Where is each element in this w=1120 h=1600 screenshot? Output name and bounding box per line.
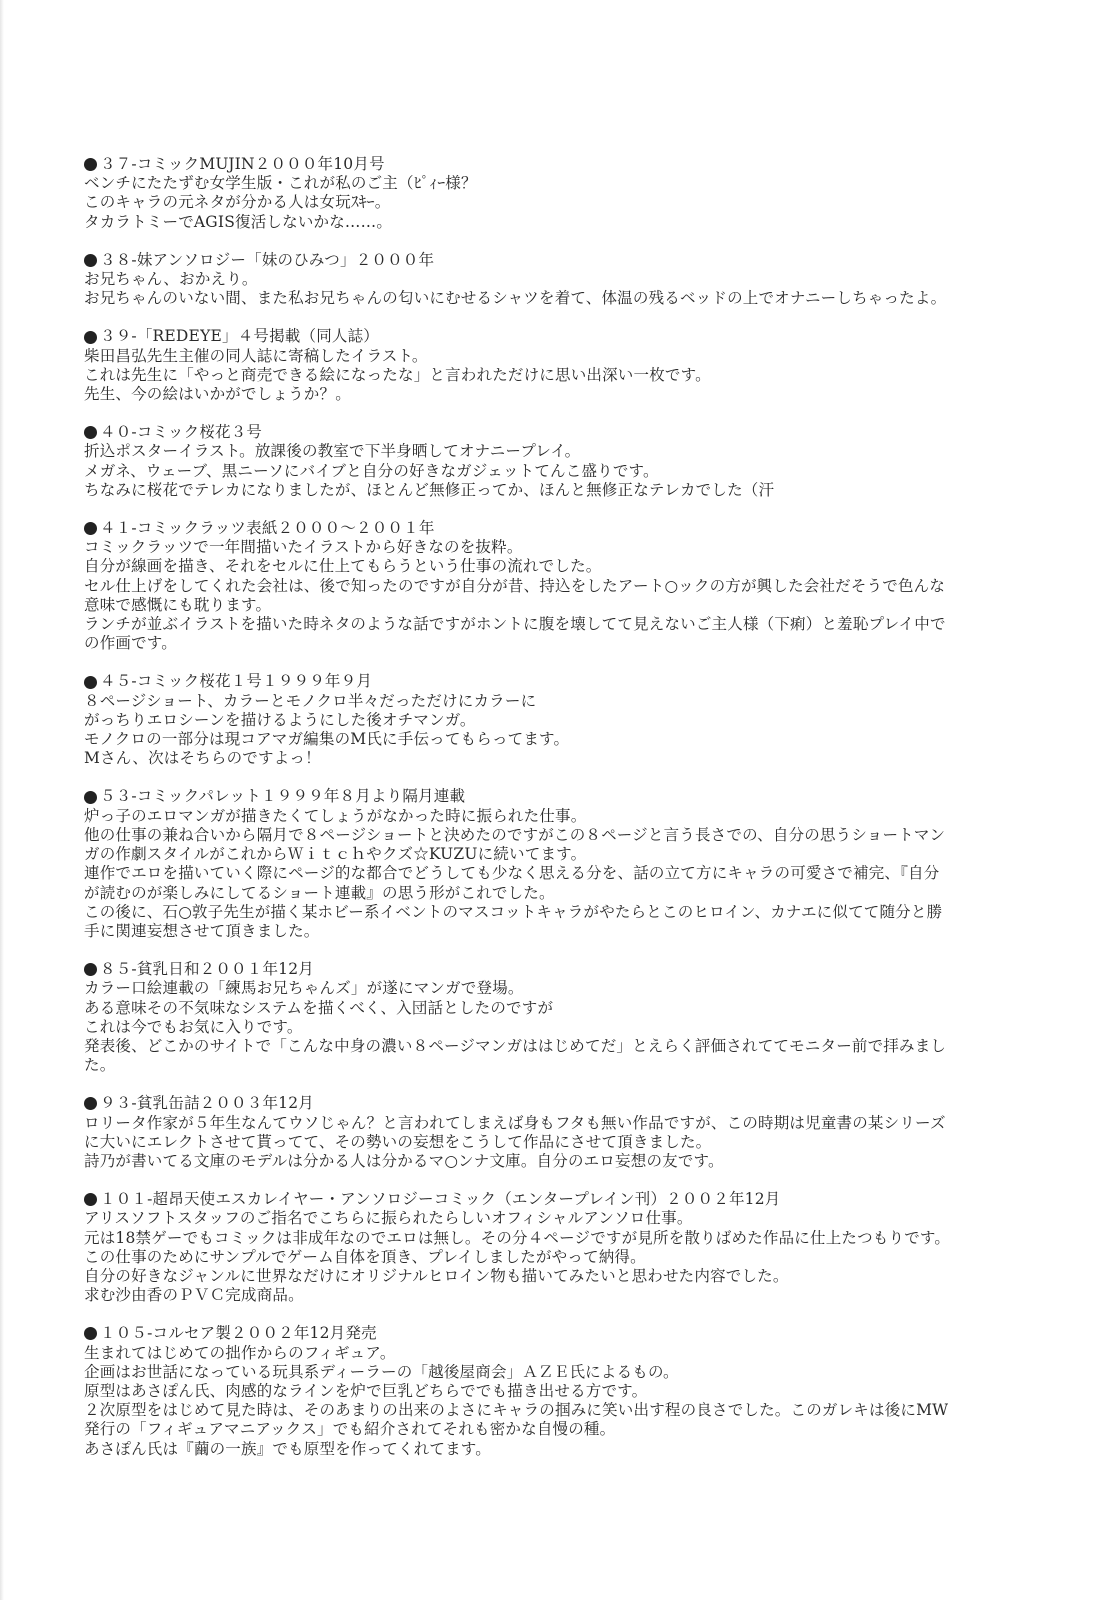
entry-title: ３８-妹アンソロジー「妹のひみつ」２０００年 [84, 251, 1024, 270]
entry-title: ９３-貧乳缶詰２００３年12月 [84, 1094, 1024, 1113]
entry-line: メガネ、ウェーブ、黒ニーソにバイブと自分の好きなガジェットてんこ盛りです。 [84, 462, 1024, 481]
entry-title-text: ４５-コミック桜花１号１９９９年９月 [100, 672, 372, 691]
entry-line: 元は18禁ゲーでもコミックは非成年なのでエロは無し。その分４ページですが見所を散… [84, 1229, 1024, 1248]
entry-line: セル仕上げをしてくれた会社は、後で知ったのですが自分が昔、持込をしたアート○ック… [84, 577, 1024, 596]
entry-line: 柴田昌弘先生主催の同人誌に寄稿したイラスト。 [84, 347, 1024, 366]
bullet-icon [84, 254, 97, 267]
entry-line: ベンチにたたずむ女学生版・これが私のご主（ﾋﾟｨｰ様？ [84, 174, 1024, 193]
entry-line: アリスソフトスタッフのご指名でこちらに振られたらしいオフィシャルアンソロ仕事。 [84, 1209, 1024, 1228]
bullet-icon [84, 676, 97, 689]
entry-title-text: ３９-「REDEYE」４号掲載（同人誌） [100, 327, 379, 346]
entry-53: ５３-コミックパレット１９９９年８月より隔月連載 炉っ子のエロマンガが描きたくて… [84, 787, 1024, 941]
entry-line: モノクロの一部分は現コアマガ編集のM氏に手伝ってもらってます。 [84, 730, 1024, 749]
commentary-page: ３７-コミックMUJIN２０００年10月号 ベンチにたたずむ女学生版・これが私の… [84, 155, 1024, 1478]
entry-105: １０５-コルセア製２００２年12月発売 生まれてはじめての拙作からのフィギュア。… [84, 1324, 1024, 1458]
entry-line: 折込ポスターイラスト。放課後の教室で下半身晒してオナニープレイ。 [84, 442, 1024, 461]
entry-title-text: １０５-コルセア製２００２年12月発売 [100, 1324, 377, 1343]
entry-title-text: ３７-コミックMUJIN２０００年10月号 [100, 155, 385, 174]
entry-line: ２次原型をはじめて見た時は、そのあまりの出来のよさにキャラの掴みに笑い出す程の良… [84, 1401, 1024, 1420]
entry-line: この仕事のためにサンプルでゲーム自体を頂き、プレイしましたがやって納得。 [84, 1248, 1024, 1267]
entry-41: ４１-コミックラッツ表紙２０００～２００１年 コミックラッツで一年間描いたイラス… [84, 519, 1024, 653]
entry-line: 先生、今の絵はいかがでしょうか？。 [84, 385, 1024, 404]
entry-line: 自分の好きなジャンルに世界なだけにオリジナルヒロイン物も描いてみたいと思わせた内… [84, 1267, 1024, 1286]
bullet-icon [84, 426, 97, 439]
entry-line: Mさん、次はそちらのですよっ！ [84, 749, 1024, 768]
entry-line: 原型はあさぽん氏、肉感的なラインを炉で巨乳どちらででも描き出せる方です。 [84, 1382, 1024, 1401]
entry-title-text: ９３-貧乳缶詰２００３年12月 [100, 1094, 314, 1113]
entry-line: 連作でエロを描いていく際にページ的な都合でどうしても少なく思える分を、話の立て方… [84, 864, 1024, 883]
entry-line: が読むのが楽しみにしてるショート連載』の思う形がこれでした。 [84, 884, 1024, 903]
entry-line: 自分が線画を描き、それをセルに仕上てもらうという仕事の流れでした。 [84, 557, 1024, 576]
entry-title: １０１-超昂天使エスカレイヤー・アンソロジーコミック（エンタープレイン刊）２００… [84, 1190, 1024, 1209]
page-edge-shadow [0, 0, 4, 1600]
entry-line: 炉っ子のエロマンガが描きたくてしょうがなかった時に振られた仕事。 [84, 807, 1024, 826]
entry-line: この後に、石○敦子先生が描く某ホビー系イベントのマスコットキャラがやたらとこのヒ… [84, 903, 1024, 922]
bullet-icon [84, 158, 97, 171]
entry-line: 詩乃が書いてる文庫のモデルは分かる人は分かるマ○ンナ文庫。自分のエロ妄想の友です… [84, 1152, 1024, 1171]
entry-line: た。 [84, 1056, 1024, 1075]
entry-line: タカラトミーでAGIS復活しないかな……。 [84, 213, 1024, 232]
bullet-icon [84, 1097, 97, 1110]
entry-title: ３７-コミックMUJIN２０００年10月号 [84, 155, 1024, 174]
entry-line: あさぽん氏は『繭の一族』でも原型を作ってくれてます。 [84, 1440, 1024, 1459]
entry-line: 企画はお世話になっている玩具系ディーラーの「越後屋商会」ＡＺＥ氏によるもの。 [84, 1363, 1024, 1382]
entry-line: の作画です。 [84, 634, 1024, 653]
entry-line: 発表後、どこかのサイトで「こんな中身の濃い８ページマンガははじめてだ」とえらく評… [84, 1037, 1024, 1056]
entry-title: ４１-コミックラッツ表紙２０００～２００１年 [84, 519, 1024, 538]
entry-title-text: １０１-超昂天使エスカレイヤー・アンソロジーコミック（エンタープレイン刊）２００… [100, 1190, 780, 1209]
entry-line: このキャラの元ネタが分かる人は女玩ｽｷｰ。 [84, 193, 1024, 212]
entry-85: ８５-貧乳日和２００１年12月 カラー口絵連載の「練馬お兄ちゃんズ」が遂にマンガ… [84, 960, 1024, 1075]
entry-line: ちなみに桜花でテレカになりましたが、ほとんど無修正ってか、ほんと無修正なテレカで… [84, 481, 1024, 500]
entry-title-text: ４０-コミック桜花３号 [100, 423, 262, 442]
entry-line: ランチが並ぶイラストを描いた時ネタのような話ですがホントに腹を壊してて見えないご… [84, 615, 1024, 634]
entry-title-text: ５３-コミックパレット１９９９年８月より隔月連載 [100, 787, 465, 806]
entry-line: お兄ちゃんのいない間、また私お兄ちゃんの匂いにむせるシャツを着て、体温の残るベッ… [84, 289, 1024, 308]
bullet-icon [84, 963, 97, 976]
entry-title: ８５-貧乳日和２００１年12月 [84, 960, 1024, 979]
entry-line: お兄ちゃん、おかえり。 [84, 270, 1024, 289]
entry-line: 他の仕事の兼ね合いから隔月で８ページショートと決めたのですがこの８ページと言う長… [84, 826, 1024, 845]
entry-line: コミックラッツで一年間描いたイラストから好きなのを抜粋。 [84, 538, 1024, 557]
entry-line: に大いにエレクトさせて貰ってて、その勢いの妄想をこうして作品にさせて頂きました。 [84, 1133, 1024, 1152]
entry-line: ある意味その不気味なシステムを描くべく、入団話としたのですが [84, 999, 1024, 1018]
bullet-icon [84, 1327, 97, 1340]
entry-title-text: ３８-妹アンソロジー「妹のひみつ」２０００年 [100, 251, 434, 270]
entry-line: ロリータ作家が５年生なんてウソじゃん？と言われてしまえば身もフタも無い作品ですが… [84, 1114, 1024, 1133]
entry-line: カラー口絵連載の「練馬お兄ちゃんズ」が遂にマンガで登場。 [84, 979, 1024, 998]
entry-line: これは今でもお気に入りです。 [84, 1018, 1024, 1037]
entry-45: ４５-コミック桜花１号１９９９年９月 ８ページショート、カラーとモノクロ半々だっ… [84, 672, 1024, 768]
entry-37: ３７-コミックMUJIN２０００年10月号 ベンチにたたずむ女学生版・これが私の… [84, 155, 1024, 232]
bullet-icon [84, 791, 97, 804]
entry-line: これは先生に「やっと商売できる絵になったな」と言われただけに思い出深い一枚です。 [84, 366, 1024, 385]
entry-title: ５３-コミックパレット１９９９年８月より隔月連載 [84, 787, 1024, 806]
entry-line: 生まれてはじめての拙作からのフィギュア。 [84, 1344, 1024, 1363]
entry-93: ９３-貧乳缶詰２００３年12月 ロリータ作家が５年生なんてウソじゃん？と言われて… [84, 1094, 1024, 1171]
entry-40: ４０-コミック桜花３号 折込ポスターイラスト。放課後の教室で下半身晒してオナニー… [84, 423, 1024, 500]
bullet-icon [84, 522, 97, 535]
entry-title: ４０-コミック桜花３号 [84, 423, 1024, 442]
entry-title: １０５-コルセア製２００２年12月発売 [84, 1324, 1024, 1343]
entry-line: 求む沙由香のＰＶＣ完成商品。 [84, 1286, 1024, 1305]
bullet-icon [84, 1193, 97, 1206]
entry-39: ３９-「REDEYE」４号掲載（同人誌） 柴田昌弘先生主催の同人誌に寄稿したイラ… [84, 327, 1024, 404]
entry-title: ３９-「REDEYE」４号掲載（同人誌） [84, 327, 1024, 346]
entry-title-text: ８５-貧乳日和２００１年12月 [100, 960, 314, 979]
entry-line: がっちりエロシーンを描けるようにした後オチマンガ。 [84, 711, 1024, 730]
entry-line: 発行の「フィギュアマニアックス」でも紹介されてそれも密かな自慢の種。 [84, 1420, 1024, 1439]
entry-101: １０１-超昂天使エスカレイヤー・アンソロジーコミック（エンタープレイン刊）２００… [84, 1190, 1024, 1305]
entry-line: ８ページショート、カラーとモノクロ半々だっただけにカラーに [84, 692, 1024, 711]
entry-line: 手に関連妄想させて頂きました。 [84, 922, 1024, 941]
entry-line: ガの作劇スタイルがこれからＷｉｔｃｈやクズ☆KUZUに続いてます。 [84, 845, 1024, 864]
entry-title: ４５-コミック桜花１号１９９９年９月 [84, 672, 1024, 691]
entry-38: ３８-妹アンソロジー「妹のひみつ」２０００年 お兄ちゃん、おかえり。 お兄ちゃん… [84, 251, 1024, 309]
entry-line: 意味で感慨にも耽ります。 [84, 596, 1024, 615]
bullet-icon [84, 331, 97, 344]
entry-title-text: ４１-コミックラッツ表紙２０００～２００１年 [100, 519, 435, 538]
